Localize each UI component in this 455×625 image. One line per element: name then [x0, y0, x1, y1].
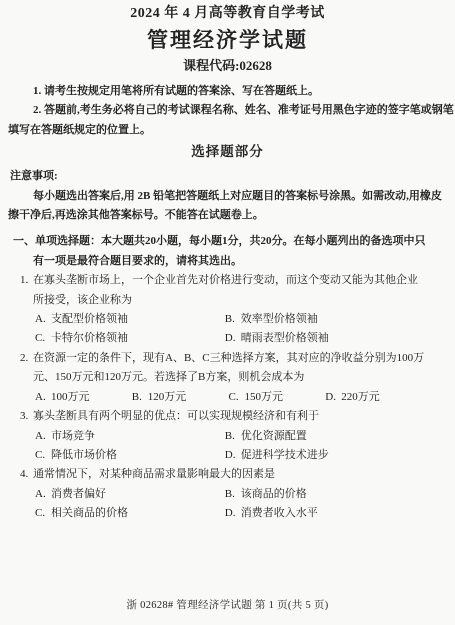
option-text: 市场竞争: [51, 430, 95, 442]
option-label: D.: [325, 388, 341, 407]
question-3-option-a: A.市场竞争: [35, 427, 222, 446]
option-label: B.: [225, 485, 241, 504]
option-text: 相关商品的价格: [51, 507, 128, 519]
question-4-stem-line1: 通常情况下，对某种商品需求量影响最大的因素是: [33, 465, 275, 484]
option-text: 降低市场价格: [51, 449, 117, 461]
option-label: B.: [225, 427, 241, 446]
exam-session-title: 2024 年 4 月高等教育自学考试: [8, 4, 447, 24]
option-label: A.: [35, 485, 51, 504]
option-label: C.: [35, 504, 51, 523]
question-3-option-b: B.优化资源配置: [225, 427, 307, 446]
option-label: B.: [225, 310, 241, 329]
question-4-option-b: B.该商品的价格: [225, 485, 307, 504]
notice-line-1: 每小题选出答案后,用 2B 铅笔把答题纸上对应题目的答案标号涂黑。如需改动,用橡…: [8, 187, 447, 206]
section1-heading: 一、单项选择题：本大题共20小题，每小题1分，共20分。在每小题列出的备选项中只…: [8, 232, 447, 271]
notice-label: 注意事项:: [8, 167, 447, 186]
option-label: D.: [225, 329, 241, 348]
option-text: 优化资源配置: [241, 430, 307, 442]
option-text: 消费者偏好: [51, 488, 106, 500]
option-text: 卡特尔价格领袖: [51, 332, 128, 344]
question-4: 4. 通常情况下，对某种商品需求量影响最大的因素是 A.消费者偏好 B.该商品的…: [8, 465, 447, 523]
question-3: 3. 寡头垄断具有两个明显的优点：可以实现规模经济和有利于 A.市场竞争 B.优…: [8, 407, 447, 465]
option-label: C.: [35, 446, 51, 465]
question-3-option-c: C.降低市场价格: [35, 446, 222, 465]
option-label: A.: [35, 427, 51, 446]
question-2-number: 2.: [20, 349, 33, 368]
option-label: B.: [132, 388, 148, 407]
instruction-item-2-line2: 填写在答题纸规定的位置上。: [8, 121, 447, 140]
option-text: 220万元: [341, 391, 380, 403]
option-text: 晴雨表型价格领袖: [241, 332, 329, 344]
question-2-option-c: C.150万元: [229, 388, 323, 407]
question-2: 2. 在资源一定的条件下，现有A、B、C三种选择方案，其对应的净收益分别为100…: [8, 349, 447, 407]
question-2-stem-line1: 在资源一定的条件下，现有A、B、C三种选择方案，其对应的净收益分别为100万: [33, 349, 424, 368]
question-3-number: 3.: [20, 407, 33, 426]
option-label: C.: [229, 388, 245, 407]
question-1-option-a: A.支配型价格领袖: [35, 310, 222, 329]
question-1-option-c: C.卡特尔价格领袖: [35, 329, 222, 348]
option-text: 100万元: [51, 391, 90, 403]
question-4-option-c: C.相关商品的价格: [35, 504, 222, 523]
general-instructions: 1. 请考生按规定用笔将所有试题的答案涂、写在答题纸上。 2. 答题前,考生务必…: [8, 82, 447, 140]
question-3-options-row-1: A.市场竞争 B.优化资源配置: [8, 427, 447, 446]
question-1-options-row-1: A.支配型价格领袖 B.效率型价格领袖: [8, 310, 447, 329]
instruction-item-2-line1: 2. 答题前,考生务必将自己的考试课程名称、姓名、准考证号用黑色字迹的签字笔或钢…: [8, 101, 447, 120]
instruction-item-1: 1. 请考生按规定用笔将所有试题的答案涂、写在答题纸上。: [8, 82, 447, 101]
option-label: D.: [225, 504, 241, 523]
question-1-option-d: D.晴雨表型价格领袖: [225, 329, 329, 348]
question-4-options-row-1: A.消费者偏好 B.该商品的价格: [8, 485, 447, 504]
question-3-stem: 3. 寡头垄断具有两个明显的优点：可以实现规模经济和有利于: [8, 407, 447, 426]
exam-paper-page: 2024 年 4 月高等教育自学考试 管理经济学试题 课程代码:02628 1.…: [0, 0, 455, 625]
question-4-option-a: A.消费者偏好: [35, 485, 222, 504]
option-text: 150万元: [245, 391, 284, 403]
option-text: 消费者收入水平: [241, 507, 318, 519]
section1-heading-line1: 一、单项选择题：本大题共20小题，每小题1分，共20分。在每小题列出的备选项中只: [8, 232, 447, 251]
question-1-number: 1.: [20, 271, 33, 290]
course-code: 课程代码:02628: [8, 57, 447, 75]
question-1-options-row-2: C.卡特尔价格领袖 D.晴雨表型价格领袖: [8, 329, 447, 348]
option-label: A.: [35, 388, 51, 407]
question-3-options-row-2: C.降低市场价格 D.促进科学技术进步: [8, 446, 447, 465]
question-3-stem-line1: 寡头垄断具有两个明显的优点：可以实现规模经济和有利于: [33, 407, 319, 426]
question-4-number: 4.: [20, 465, 33, 484]
choice-section-heading: 选择题部分: [8, 143, 447, 161]
option-text: 120万元: [148, 391, 187, 403]
option-text: 促进科学技术进步: [241, 449, 329, 461]
exam-header: 2024 年 4 月高等教育自学考试 管理经济学试题 课程代码:02628: [8, 4, 447, 75]
page-footer: 浙 02628# 管理经济学试题 第 1 页(共 5 页): [0, 597, 455, 612]
question-1-stem-line2: 所接受，该企业称为: [8, 291, 447, 310]
question-2-option-d: D.220万元: [325, 388, 380, 407]
option-text: 效率型价格领袖: [241, 313, 318, 325]
question-3-option-d: D.促进科学技术进步: [225, 446, 329, 465]
question-2-option-b: B.120万元: [132, 388, 226, 407]
question-1-option-b: B.效率型价格领袖: [225, 310, 318, 329]
question-4-options-row-2: C.相关商品的价格 D.消费者收入水平: [8, 504, 447, 523]
answer-notice: 注意事项: 每小题选出答案后,用 2B 铅笔把答题纸上对应题目的答案标号涂黑。如…: [8, 167, 447, 225]
question-1-stem: 1. 在寡头垄断市场上，一个企业首先对价格进行变动，而这个变动又能为其他企业: [8, 271, 447, 290]
question-2-options-row: A.100万元 B.120万元 C.150万元 D.220万元: [8, 388, 447, 407]
notice-line-2: 擦干净后,再选涂其他答案标号。不能答在试题卷上。: [8, 206, 447, 225]
option-label: C.: [35, 329, 51, 348]
question-4-stem: 4. 通常情况下，对某种商品需求量影响最大的因素是: [8, 465, 447, 484]
question-1-stem-line1: 在寡头垄断市场上，一个企业首先对价格进行变动，而这个变动又能为其他企业: [33, 271, 418, 290]
question-2-option-a: A.100万元: [35, 388, 129, 407]
option-label: A.: [35, 310, 51, 329]
question-2-stem-line2: 元、150万元和120万元。若选择了B方案，则机会成本为: [8, 368, 447, 387]
option-label: D.: [225, 446, 241, 465]
option-text: 支配型价格领袖: [51, 313, 128, 325]
question-1: 1. 在寡头垄断市场上，一个企业首先对价格进行变动，而这个变动又能为其他企业 所…: [8, 271, 447, 349]
option-text: 该商品的价格: [241, 488, 307, 500]
question-4-option-d: D.消费者收入水平: [225, 504, 318, 523]
section1-heading-line2: 有一项是最符合题目要求的，请将其选出。: [8, 252, 447, 271]
exam-title: 管理经济学试题: [8, 26, 447, 54]
question-2-stem: 2. 在资源一定的条件下，现有A、B、C三种选择方案，其对应的净收益分别为100…: [8, 349, 447, 368]
